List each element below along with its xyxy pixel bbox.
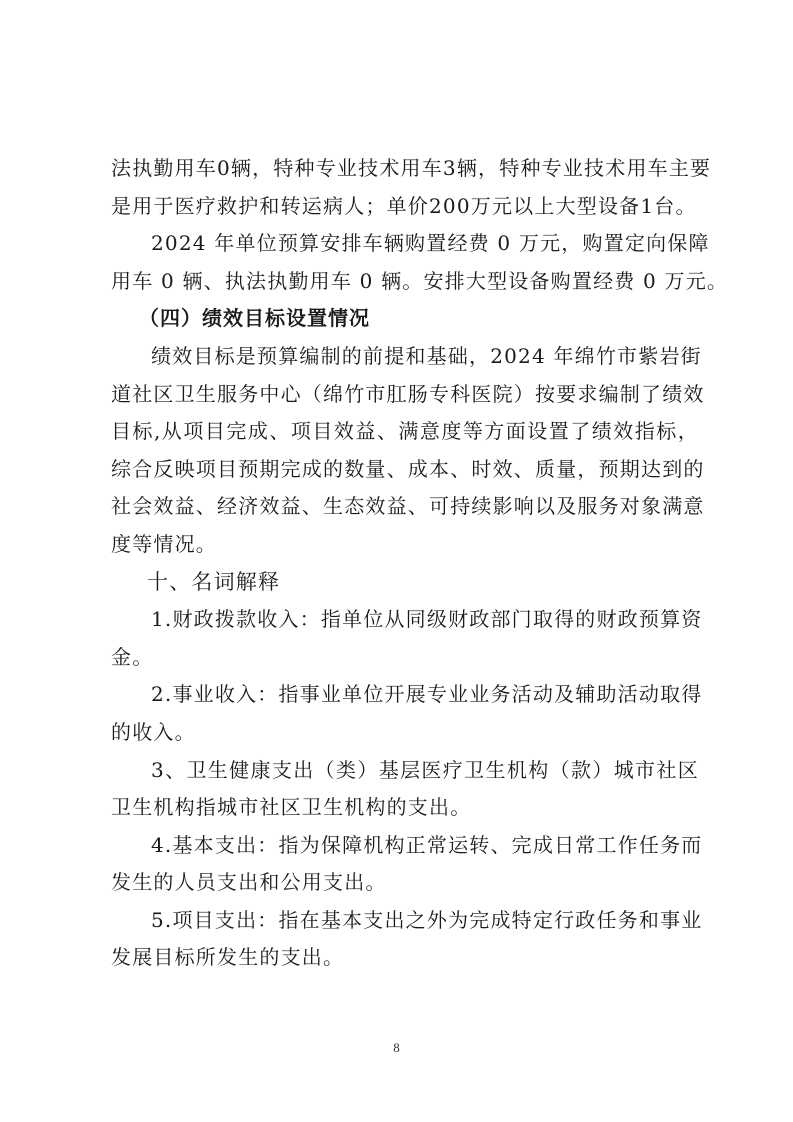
section-heading-performance-goals: （四）绩效目标设置情况 bbox=[111, 300, 699, 338]
glossary-item-5: 5.项目支出：指在基本支出之外为完成特定行政任务和事业 bbox=[111, 902, 699, 940]
paragraph-line: 度等情况。 bbox=[111, 526, 699, 564]
paragraph-line: 的收入。 bbox=[111, 714, 699, 752]
paragraph-line: 道社区卫生服务中心（绵竹市肛肠专科医院）按要求编制了绩效 bbox=[111, 376, 699, 414]
paragraph-line: 卫生机构指城市社区卫生机构的支出。 bbox=[111, 789, 699, 827]
paragraph-line: 法执勤用车0辆，特种专业技术用车3辆，特种专业技术用车主要 bbox=[111, 150, 699, 188]
paragraph-line: 社会效益、经济效益、生态效益、可持续影响以及服务对象满意 bbox=[111, 488, 699, 526]
section-heading-glossary: 十、名词解释 bbox=[111, 564, 699, 602]
paragraph-line: 绩效目标是预算编制的前提和基础，2024 年绵竹市紫岩街 bbox=[111, 338, 699, 376]
paragraph-line: 发展目标所发生的支出。 bbox=[111, 939, 699, 977]
paragraph-line: 用车 0 辆、执法执勤用车 0 辆。安排大型设备购置经费 0 万元。 bbox=[111, 263, 699, 301]
glossary-item-3: 3、卫生健康支出（类）基层医疗卫生机构（款）城市社区 bbox=[111, 752, 699, 790]
paragraph-line: 2024 年单位预算安排车辆购置经费 0 万元，购置定向保障 bbox=[111, 225, 699, 263]
glossary-item-1: 1.财政拨款收入：指单位从同级财政部门取得的财政预算资 bbox=[111, 601, 699, 639]
paragraph-line: 目标,从项目完成、项目效益、满意度等方面设置了绩效指标， bbox=[111, 413, 699, 451]
glossary-item-2: 2.事业收入：指事业单位开展专业业务活动及辅助活动取得 bbox=[111, 676, 699, 714]
paragraph-line: 综合反映项目预期完成的数量、成本、时效、质量，预期达到的 bbox=[111, 451, 699, 489]
paragraph-line: 金。 bbox=[111, 639, 699, 677]
page-number: 8 bbox=[0, 1040, 793, 1056]
paragraph-line: 是用于医疗救护和转运病人；单价200万元以上大型设备1台。 bbox=[111, 188, 699, 226]
document-body: 法执勤用车0辆，特种专业技术用车3辆，特种专业技术用车主要 是用于医疗救护和转运… bbox=[111, 150, 699, 977]
paragraph-line: 发生的人员支出和公用支出。 bbox=[111, 864, 699, 902]
glossary-item-4: 4.基本支出：指为保障机构正常运转、完成日常工作任务而 bbox=[111, 827, 699, 865]
